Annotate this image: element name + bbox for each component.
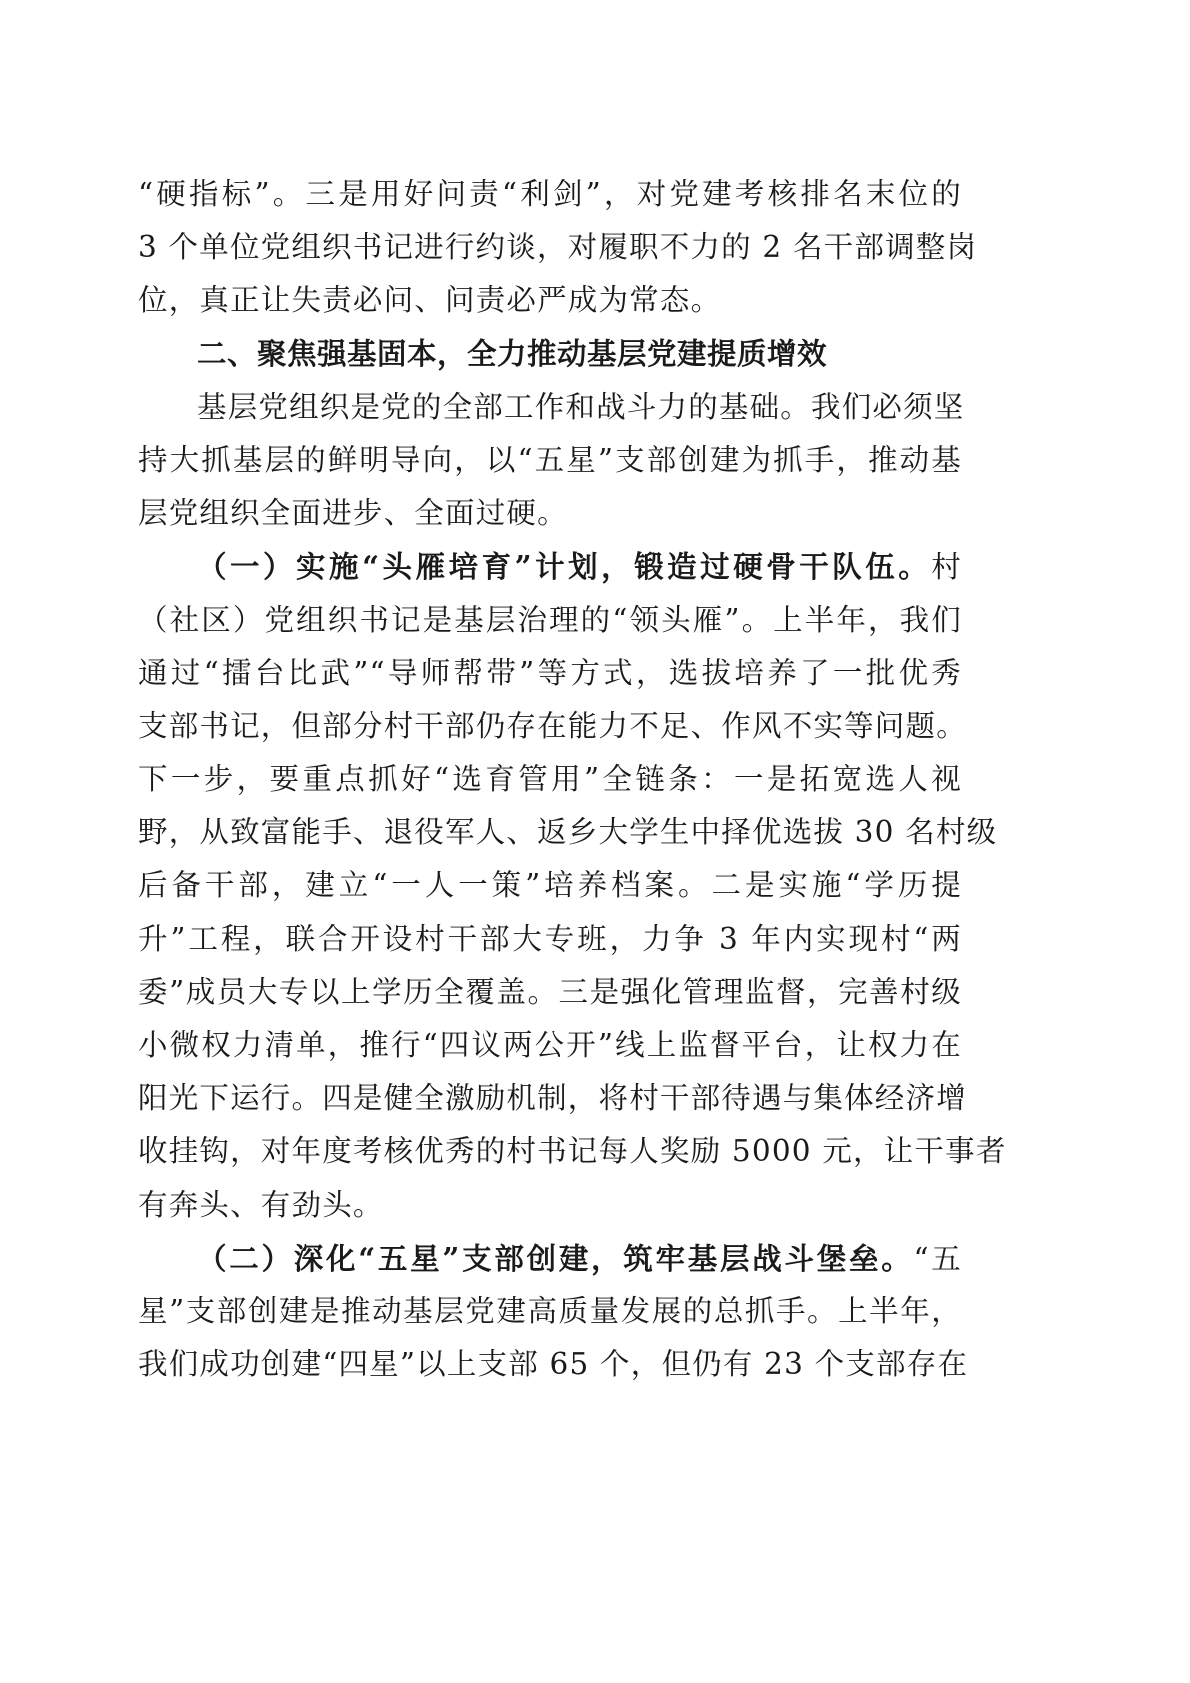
paragraph-continuation: “硬指标”。三是用好问责“利剑”，对党建考核排名末位的 3 个单位党组织书记进行… [138,168,962,328]
text-line: 阳光下运行。四是健全激励机制，将村干部待遇与集体经济增 [138,1072,962,1125]
text-line: 升”工程，联合开设村干部大专班，力争 3 年内实现村“两 [138,913,962,966]
text-line: 小微权力清单，推行“四议两公开”线上监督平台，让权力在 [138,1019,962,1072]
text-line: 支部书记，但部分村干部仍存在能力不足、作风不实等问题。 [138,700,962,753]
text-line: 野，从致富能手、退役军人、返乡大学生中择优选拔 30 名村级 [138,806,962,859]
text-line: 后备干部，建立“一人一策”培养档案。二是实施“学历提 [138,859,962,912]
text-fragment: “五 [913,1242,962,1276]
text-line: 位，真正让失责必问、问责必严成为常态。 [138,274,962,327]
text-line: 下一步，要重点抓好“选育管用”全链条：一是拓宽选人视 [138,753,962,806]
text-line: （一）实施“头雁培育”计划，锻造过硬骨干队伍。村 [138,540,962,593]
text-fragment: 村 [931,550,962,584]
text-line: （二）深化“五星”支部创建，筑牢基层战斗堡垒。“五 [138,1232,962,1285]
text-line: 3 个单位党组织书记进行约谈，对履职不力的 2 名干部调整岗 [138,221,962,274]
text-line: 通过“擂台比武”“导师帮带”等方式，选拔培养了一批优秀 [138,647,962,700]
text-line: 持大抓基层的鲜明导向，以“五星”支部创建为抓手，推动基 [138,434,962,487]
text-line: “硬指标”。三是用好问责“利剑”，对党建考核排名末位的 [138,168,962,221]
text-line: 委”成员大专以上学历全覆盖。三是强化管理监督，完善村级 [138,966,962,1019]
text-line: 星”支部创建是推动基层党建高质量发展的总抓手。上半年， [138,1285,962,1338]
text-line: （社区）党组织书记是基层治理的“领头雁”。上半年，我们 [138,594,962,647]
section-heading: 二、聚焦强基固本，全力推动基层党建提质增效 [138,328,962,381]
subsection-paragraph-2: （二）深化“五星”支部创建，筑牢基层战斗堡垒。“五 星”支部创建是推动基层党建高… [138,1232,962,1392]
text-line: 基层党组织是党的全部工作和战斗力的基础。我们必须坚 [138,381,962,434]
text-line: 有奔头、有劲头。 [138,1179,962,1232]
paragraph: 基层党组织是党的全部工作和战斗力的基础。我们必须坚 持大抓基层的鲜明导向，以“五… [138,381,962,541]
subsection-paragraph-1: （一）实施“头雁培育”计划，锻造过硬骨干队伍。村 （社区）党组织书记是基层治理的… [138,540,962,1231]
subsection-heading: （二）深化“五星”支部创建，筑牢基层战斗堡垒。 [197,1241,913,1276]
text-line: 收挂钩，对年度考核优秀的村书记每人奖励 5000 元，让干事者 [138,1125,962,1178]
subsection-heading: （一）实施“头雁培育”计划，锻造过硬骨干队伍。 [197,549,931,584]
text-line: 我们成功创建“四星”以上支部 65 个，但仍有 23 个支部存在 [138,1338,962,1391]
document-page: “硬指标”。三是用好问责“利剑”，对党建考核排名末位的 3 个单位党组织书记进行… [138,168,962,1391]
text-line: 层党组织全面进步、全面过硬。 [138,487,962,540]
